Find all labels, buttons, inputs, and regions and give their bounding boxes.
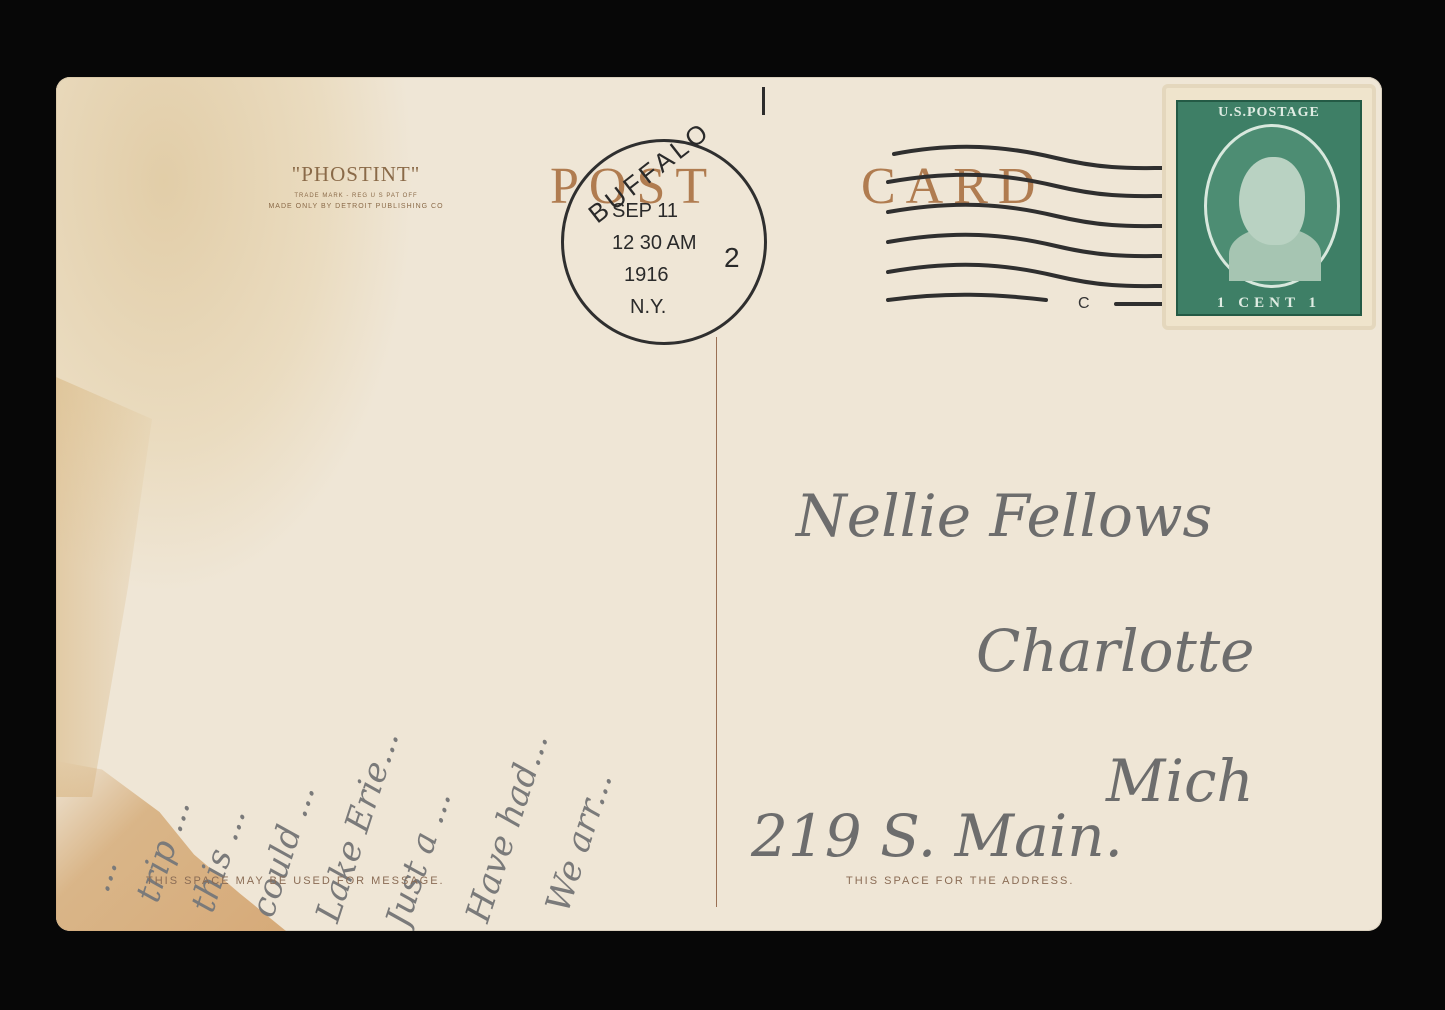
message-line: We arr... [538, 767, 621, 917]
recipient-street: 219 S. Main. [751, 802, 1123, 870]
stamp-value: 1 CENT 1 [1178, 295, 1360, 312]
postmark-station: 2 [724, 242, 740, 274]
message-line: Just a ... [378, 786, 460, 931]
washington-portrait-icon [1204, 124, 1340, 288]
postmark-year: 1916 [624, 264, 669, 287]
postmark-state: N.Y. [630, 296, 666, 319]
postmark-date: SEP 11 [612, 200, 678, 223]
cancel-letter: C [1078, 295, 1090, 313]
stamp-title: U.S.POSTAGE [1178, 105, 1360, 121]
address-space-label: THIS SPACE FOR THE ADDRESS. [846, 875, 1074, 887]
recipient-name: Nellie Fellows [796, 482, 1212, 550]
center-divider [716, 337, 717, 907]
publisher-brand: "PHOSTINT" [226, 162, 486, 187]
stamp-face: U.S.POSTAGE 1 CENT 1 [1176, 100, 1362, 316]
postmark: BUFFALO SEP 11 12 30 AM 1916 N.Y. 2 [561, 139, 767, 345]
postcard: "PHOSTINT" TRADE MARK - REG U S PAT OFF … [56, 77, 1382, 931]
cancellation-lines [886, 132, 1176, 322]
trademark-text: TRADE MARK - REG U S PAT OFF [226, 193, 486, 199]
recipient-state: Mich [1106, 747, 1254, 815]
publisher-name: MADE ONLY BY DETROIT PUBLISHING CO [226, 203, 486, 210]
message-space-label: THIS SPACE MAY BE USED FOR MESSAGE. [146, 875, 445, 887]
publisher-imprint: "PHOSTINT" TRADE MARK - REG U S PAT OFF … [226, 162, 486, 210]
postage-stamp: U.S.POSTAGE 1 CENT 1 [1162, 84, 1376, 330]
postmark-time: 12 30 AM [612, 232, 697, 255]
recipient-city: Charlotte [976, 617, 1254, 685]
center-mark [762, 87, 765, 115]
